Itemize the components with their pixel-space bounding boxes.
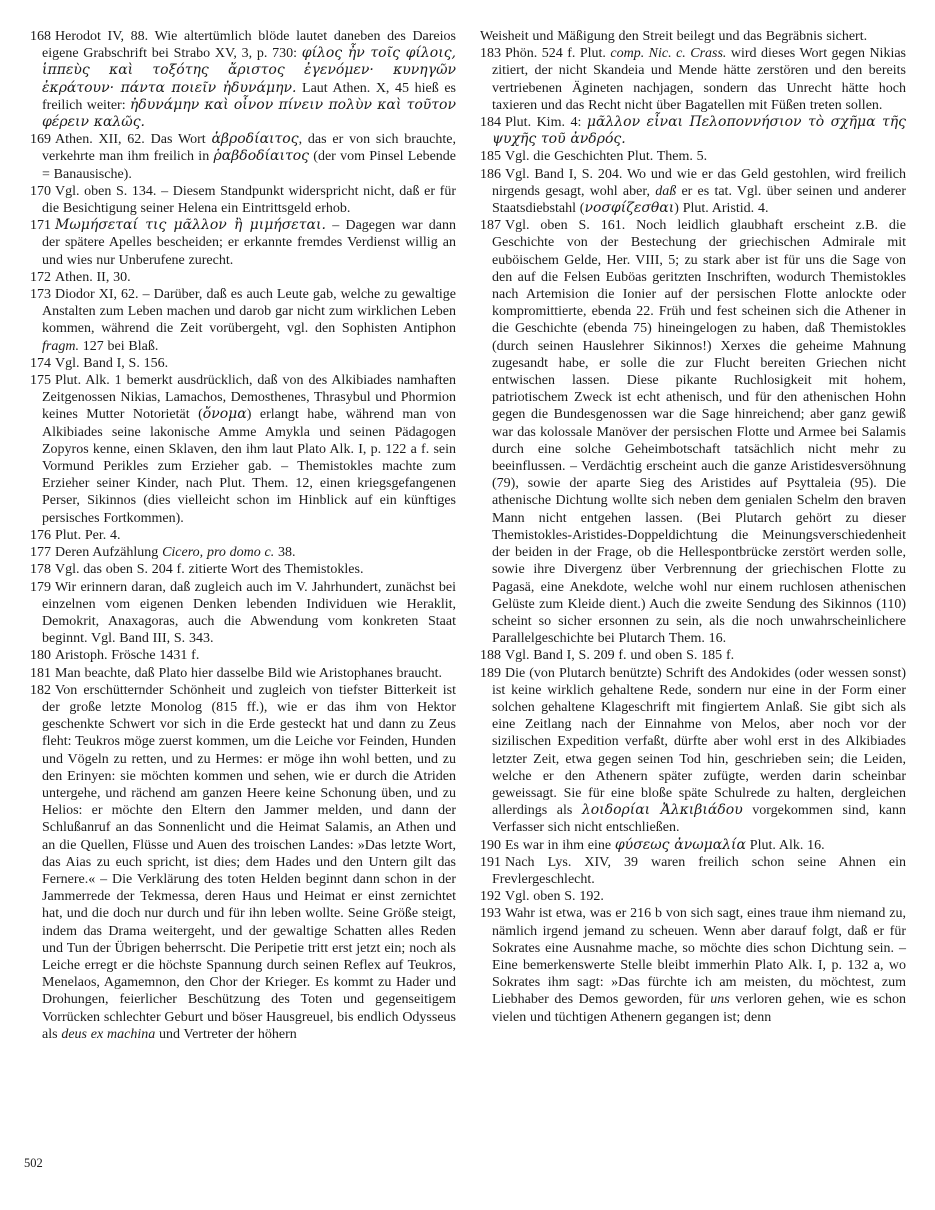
note-text: ) erlangt habe, während man von Alkibiad…: [42, 407, 456, 525]
greek-text: Μωμήσεταί τις μᾶλλον ἢ μιμήσεται.: [55, 217, 326, 233]
note-text: Nach Lys. XIV, 39 waren freilich schon s…: [492, 855, 906, 887]
note-text: Vgl. Band I, S. 156.: [55, 356, 168, 371]
endnote-170: 170Vgl. oben S. 134. – Diesem Standpunkt…: [30, 183, 456, 217]
note-text: 38.: [274, 545, 295, 560]
endnote-168: 168Herodot IV, 88. Wie altertümlich blöd…: [30, 28, 456, 131]
note-number: 187: [480, 218, 505, 233]
greek-text: ῥαβδοδίαιτος: [213, 148, 309, 164]
endnote-182: 182Von erschütternder Schönheit und zugl…: [30, 682, 456, 1043]
page-number: 502: [24, 1156, 43, 1171]
endnote-171: 171Μωμήσεταί τις μᾶλλον ἢ μιμήσεται. – D…: [30, 217, 456, 269]
note-text: Vgl. das oben S. 204 f. zitierte Wort de…: [55, 562, 363, 577]
note-number: 185: [480, 149, 505, 164]
endnote-178: 178Vgl. das oben S. 204 f. zitierte Wort…: [30, 561, 456, 578]
endnote-176: 176Plut. Per. 4.: [30, 527, 456, 544]
note-number: 175: [30, 373, 55, 388]
two-column-text-block: 168Herodot IV, 88. Wie altertümlich blöd…: [0, 0, 935, 1043]
note-number: 191: [480, 855, 505, 870]
endnote-187: 187Vgl. oben S. 161. Noch leidlich glaub…: [480, 217, 906, 647]
italic-text: Cicero, pro domo c.: [162, 545, 274, 560]
right-column: Weisheit und Mäßigung den Streit beilegt…: [480, 28, 906, 1043]
endnote-181: 181Man beachte, daß Plato hier dasselbe …: [30, 665, 456, 682]
note-number: 168: [30, 29, 55, 44]
endnote-185: 185Vgl. die Geschichten Plut. Them. 5.: [480, 148, 906, 165]
note-number: 180: [30, 648, 55, 663]
note-number: 184: [480, 115, 505, 130]
italic-text: deus ex machina: [61, 1027, 155, 1042]
note-number: 188: [480, 648, 505, 663]
endnote-183: 183Phön. 524 f. Plut. comp. Nic. c. Cras…: [480, 45, 906, 114]
note-number: 179: [30, 580, 55, 595]
endnote-175: 175Plut. Alk. 1 bemerkt ausdrücklich, da…: [30, 372, 456, 527]
endnote-186: 186Vgl. Band I, S. 204. Wo und wie er da…: [480, 166, 906, 218]
left-column: 168Herodot IV, 88. Wie altertümlich blöd…: [30, 28, 456, 1043]
note-number: 170: [30, 184, 55, 199]
note-number: 169: [30, 132, 55, 147]
endnote-191: 191Nach Lys. XIV, 39 waren freilich scho…: [480, 854, 906, 888]
note-text: Vgl. Band I, S. 209 f. und oben S. 185 f…: [505, 648, 734, 663]
note-text: Man beachte, daß Plato hier dasselbe Bil…: [55, 666, 442, 681]
note-text: Diodor XI, 62. – Darüber, daß es auch Le…: [42, 287, 456, 336]
endnote-188: 188Vgl. Band I, S. 209 f. und oben S. 18…: [480, 647, 906, 664]
note-number: 178: [30, 562, 55, 577]
note-text: ) Plut. Aristid. 4.: [674, 201, 768, 216]
note-number: 189: [480, 666, 505, 681]
note-text: Plut. Kim. 4:: [505, 115, 587, 130]
note-continuation: Weisheit und Mäßigung den Streit beilegt…: [480, 28, 906, 45]
endnote-174: 174Vgl. Band I, S. 156.: [30, 355, 456, 372]
note-text: Aristoph. Frösche 1431 f.: [55, 648, 199, 663]
note-text: Es war in ihm eine: [505, 838, 615, 853]
note-number: 182: [30, 683, 55, 698]
endnote-173: 173Diodor XI, 62. – Darüber, daß es auch…: [30, 286, 456, 355]
note-number: 176: [30, 528, 55, 543]
endnote-179: 179Wir erinnern daran, daß zugleich auch…: [30, 579, 456, 648]
note-number: 177: [30, 545, 55, 560]
italic-text: daß: [655, 184, 676, 199]
endnote-190: 190Es war in ihm eine φύσεως ἀνωμαλία Pl…: [480, 837, 906, 854]
note-text: Von erschütternder Schönheit und zugleic…: [42, 683, 456, 1042]
note-text: Vgl. oben S. 134. – Diesem Standpunkt wi…: [42, 184, 456, 216]
note-number: 186: [480, 167, 505, 182]
book-page: 168Herodot IV, 88. Wie altertümlich blöd…: [0, 0, 935, 1210]
note-text: Vgl. oben S. 192.: [505, 889, 604, 904]
italic-text: uns: [710, 992, 729, 1007]
note-text: Athen. XII, 62. Das Wort: [55, 132, 211, 147]
note-number: 183: [480, 46, 505, 61]
note-number: 173: [30, 287, 55, 302]
endnote-189: 189Die (von Plutarch benützte) Schrift d…: [480, 665, 906, 837]
greek-text: ὄνομα: [203, 406, 247, 422]
italic-text: fragm.: [42, 339, 79, 354]
note-text: Athen. II, 30.: [55, 270, 131, 285]
endnote-184: 184Plut. Kim. 4: μᾶλλον εἶναι Πελοποννήσ…: [480, 114, 906, 148]
endnote-192: 192Vgl. oben S. 192.: [480, 888, 906, 905]
note-text: und Vertreter der höhern: [155, 1027, 297, 1042]
greek-text: ἁβροδίαιτος: [211, 131, 298, 147]
greek-text: νοσφίζεσθαι: [584, 200, 674, 216]
note-text: Plut. Alk. 16.: [746, 838, 825, 853]
note-number: 171: [30, 218, 55, 233]
note-number: 193: [480, 906, 505, 921]
italic-text: comp. Nic. c. Crass.: [610, 46, 726, 61]
note-text: 127 bei Blaß.: [79, 339, 158, 354]
greek-text: φύσεως ἀνωμαλία: [615, 837, 746, 853]
note-number: 172: [30, 270, 55, 285]
note-text: Wir erinnern daran, daß zugleich auch im…: [42, 580, 456, 647]
note-text: Phön. 524 f. Plut.: [505, 46, 610, 61]
note-number: 190: [480, 838, 505, 853]
greek-text: λοιδορίαι Ἀλκιβιάδου: [582, 802, 743, 818]
note-number: 181: [30, 666, 55, 681]
note-text: Plut. Per. 4.: [55, 528, 121, 543]
note-text: Vgl. die Geschichten Plut. Them. 5.: [505, 149, 707, 164]
endnote-193: 193Wahr ist etwa, was er 216 b von sich …: [480, 905, 906, 1025]
endnote-180: 180Aristoph. Frösche 1431 f.: [30, 647, 456, 664]
endnote-172: 172Athen. II, 30.: [30, 269, 456, 286]
note-number: 174: [30, 356, 55, 371]
endnote-169: 169Athen. XII, 62. Das Wort ἁβροδίαιτος,…: [30, 131, 456, 183]
note-number: 192: [480, 889, 505, 904]
note-text: Die (von Plutarch benützte) Schrift des …: [492, 666, 906, 819]
note-text: Vgl. oben S. 161. Noch leidlich glaubhaf…: [492, 218, 906, 646]
note-text: Deren Aufzählung: [55, 545, 162, 560]
endnote-177: 177Deren Aufzählung Cicero, pro domo c. …: [30, 544, 456, 561]
